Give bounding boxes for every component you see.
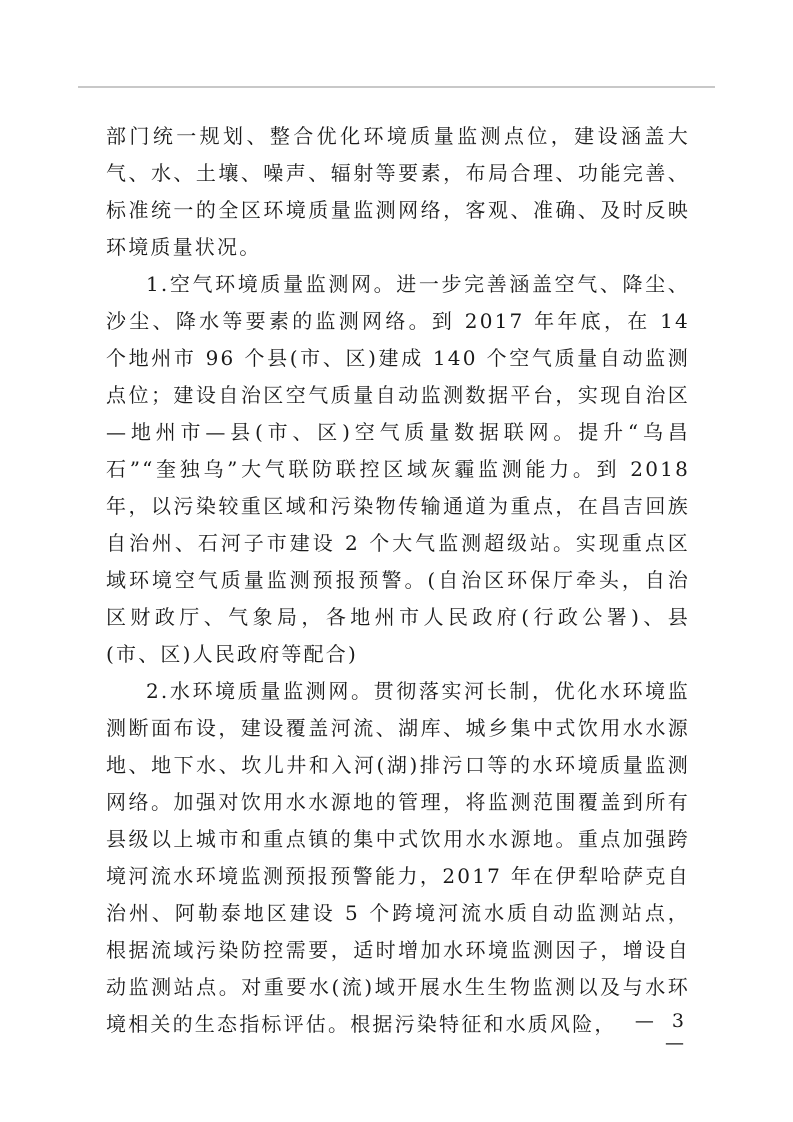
header-rule [78,86,715,88]
paragraph-air-monitoring: 1.空气环境质量监测网。进一步完善涵盖空气、降尘、沙尘、降水等要素的监测网络。到… [106,266,690,673]
paragraph-intro: 部门统一规划、整合优化环境质量监测点位，建设涵盖大气、水、土壤、噪声、辐射等要素… [106,118,690,266]
document-body: 部门统一规划、整合优化环境质量监测点位，建设涵盖大气、水、土壤、噪声、辐射等要素… [106,118,690,1043]
paragraph-water-monitoring: 2.水环境质量监测网。贯彻落实河长制，优化水环境监测断面布设，建设覆盖河流、湖库… [106,673,690,1043]
page-number: — 3 — [610,1010,690,1054]
